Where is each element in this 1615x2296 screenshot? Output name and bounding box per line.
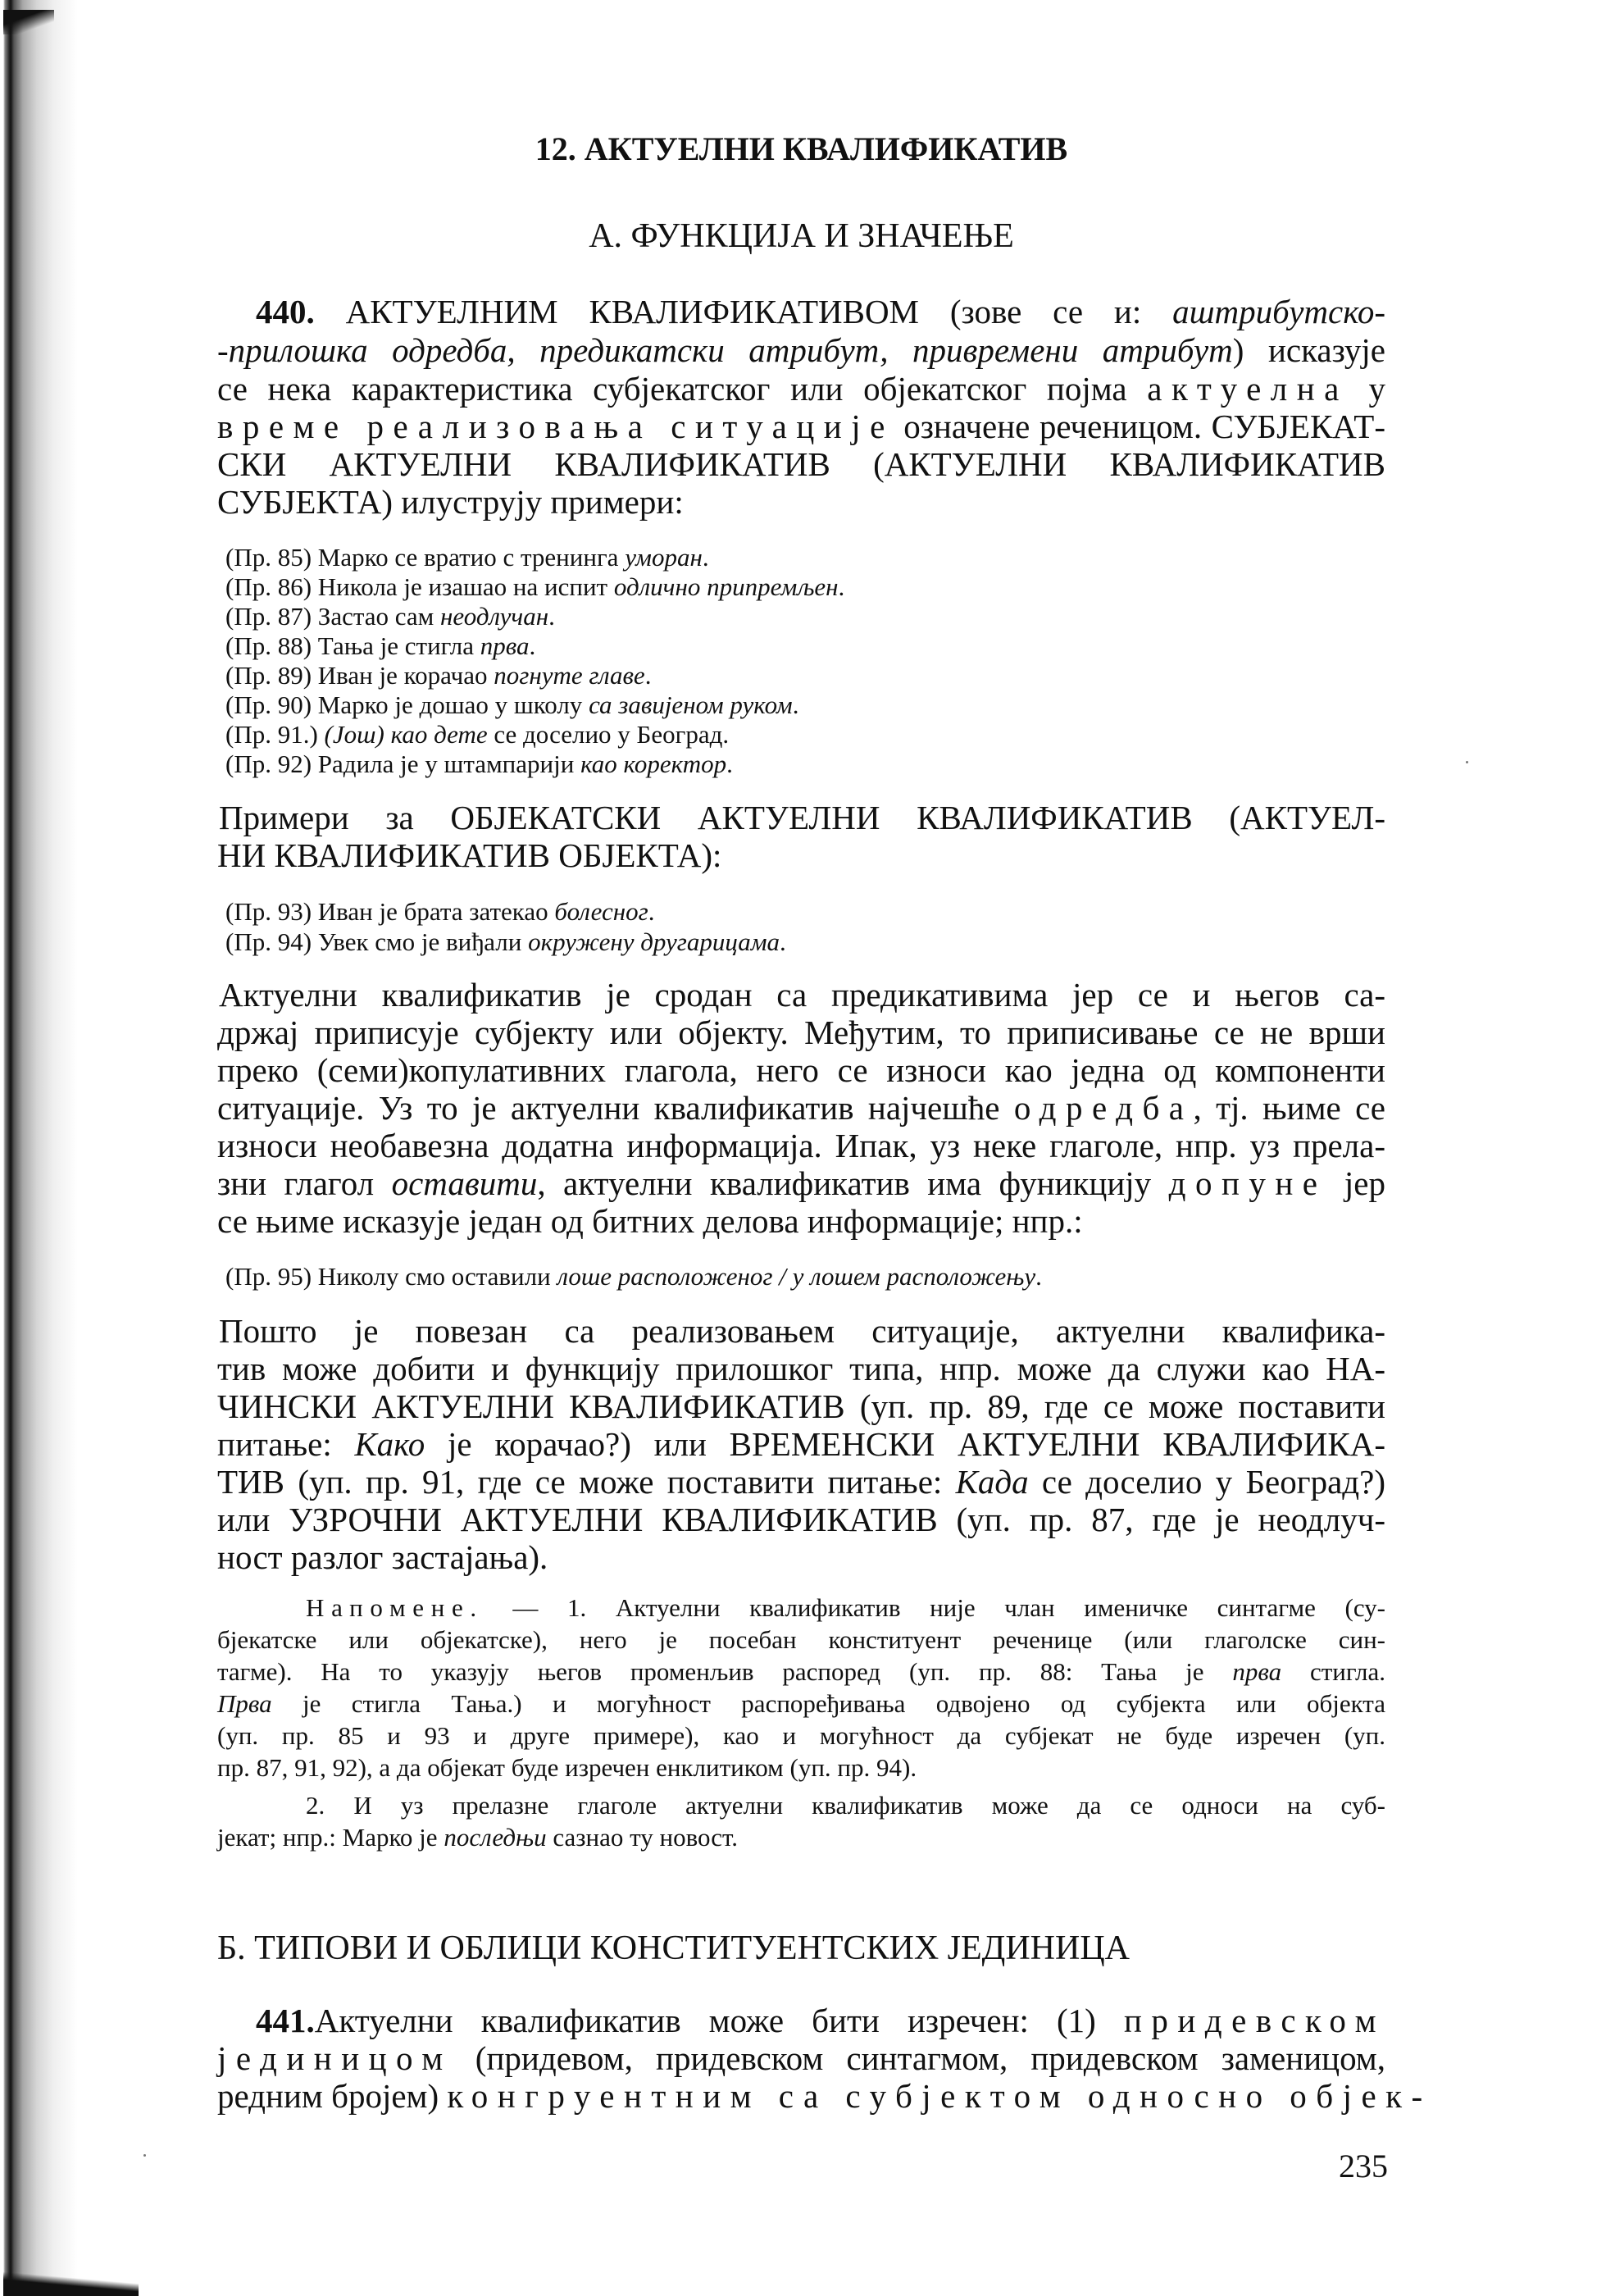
paragraph-line: редним бројем) конгруентним са субјектом… [217,2080,1385,2113]
example-item: (Пр. 89) Иван је корачао погнуте главе. [225,663,1394,688]
scan-speck [143,2154,146,2157]
paragraph-number: 440. [256,293,315,330]
paragraph-line: се њиме исказује један од битних делова … [217,1205,1385,1238]
paragraph-number: 441. [256,2002,315,2039]
example-item: (Пр. 93) Иван је брата затекао болесног. [225,899,1394,924]
paragraph-line: СУБЈЕКТА) илуструју примери: [217,485,1385,519]
paragraph-line: НИ КВАЛИФИКАТИВ ОБЈЕКТА): [217,839,1385,872]
paragraph-line: 441.Актуелни квалификатив може бити изре… [217,2004,1385,2038]
note-line: Прва је стигла Тања.) и могућност распор… [217,1691,1385,1716]
note-line: бјекатске или објекатске), него је посеб… [217,1627,1385,1652]
paragraph-line: -прилошка одредба, предикатски атрибут, … [217,334,1385,367]
example-item: (Пр. 92) Радила је у штампарији као коре… [225,751,1394,777]
note-line: пр. 87, 91, 92), а да објекат буде изреч… [217,1755,1385,1780]
paragraph-line: ТИВ (уп. пр. 91, где се може поставити п… [217,1465,1385,1499]
example-item: (Пр. 90) Марко је дошао у школу са завиј… [225,692,1394,717]
paragraph-line: зни глагол оставити, актуелни квалификат… [217,1167,1385,1200]
notes-heading: Напомене. [306,1593,484,1622]
scan-corner-top [3,10,54,34]
note-line: јекат; нпр.: Марко је последњи сазнао ту… [217,1824,1385,1850]
paragraph-line: ЧИНСКИ АКТУЕЛНИ КВАЛИФИКАТИВ (уп. пр. 89… [217,1390,1385,1424]
page-number: 235 [1339,2147,1388,2185]
note-line: 2. И уз прелазне глаголе актуелни квалиф… [217,1793,1385,1818]
paragraph-line: држај приписује субјекту или објекту. Ме… [217,1016,1385,1050]
paragraph-line: износи необавезна додатна информација. И… [217,1129,1385,1163]
paragraph-line: или УЗРОЧНИ АКТУЕЛНИ КВАЛИФИКАТИВ (уп. п… [217,1503,1385,1537]
paragraph-line: време реализовања ситуације означене реч… [217,410,1385,444]
paragraph-line: питање: Како је корачао?) или ВРЕМЕНСКИ … [217,1428,1385,1461]
example-item: (Пр. 87) Застао сам неодлучан. [225,604,1394,629]
section-a-title: А. ФУНКЦИЈА И ЗНАЧЕЊЕ [217,219,1385,253]
paragraph-line: Пошто је повезан са реализовањем ситуаци… [217,1314,1385,1348]
scan-speck [1466,761,1468,763]
note-line: (уп. пр. 85 и 93 и друге примере), као и… [217,1723,1385,1748]
note-line: Напомене. — 1. Актуелни квалификатив ниј… [217,1595,1385,1620]
section-b-title: Б. ТИПОВИ И ОБЛИЦИ КОНСТИТУЕНТСКИХ ЈЕДИН… [217,1931,1385,1966]
example-item: (Пр. 86) Никола је изашао на испит одлич… [225,574,1394,599]
paragraph-line: ност разлог застајања). [217,1541,1385,1574]
paragraph-line: ситуације. Уз то је актуелни квалификати… [217,1091,1385,1125]
note-line: тагме). На то указују његов променљив ра… [217,1659,1385,1684]
example-item: (Пр. 91.) (Још) као дете се доселио у Бе… [225,722,1394,747]
example-item: (Пр. 88) Тања је стигла прва. [225,633,1394,658]
scan-corner-bottom [3,2267,139,2296]
paragraph-line: јединицом (придевом, придевском синтагмо… [217,2042,1385,2075]
example-item: (Пр. 85) Марко се вратио с тренинга умор… [225,544,1394,570]
chapter-title: 12. АКТУЕЛНИ КВАЛИФИКАТИВ [217,133,1385,166]
scan-binding-shadow [0,0,78,2296]
example-item: (Пр. 95) Николу смо оставили лоше распол… [225,1264,1394,1289]
paragraph-line: СКИ АКТУЕЛНИ КВАЛИФИКАТИВ (АКТУЕЛНИ КВАЛ… [217,448,1385,481]
paragraph-line: Примери за ОБЈЕКАТСКИ АКТУЕЛНИ КВАЛИФИКА… [217,801,1385,835]
paragraph-line: преко (семи)копулативних глагола, него с… [217,1054,1385,1087]
paragraph-line: 440. АКТУЕЛНИМ КВАЛИФИКАТИВОМ (зове се и… [217,295,1385,329]
example-item: (Пр. 94) Увек смо је виђали окружену дру… [225,929,1394,954]
paragraph-line: се нека карактеристика субјекатског или … [217,372,1385,406]
paragraph-line: тив може добити и функцију прилошког тип… [217,1352,1385,1386]
paragraph-line: Актуелни квалификатив је сродан са преди… [217,978,1385,1012]
